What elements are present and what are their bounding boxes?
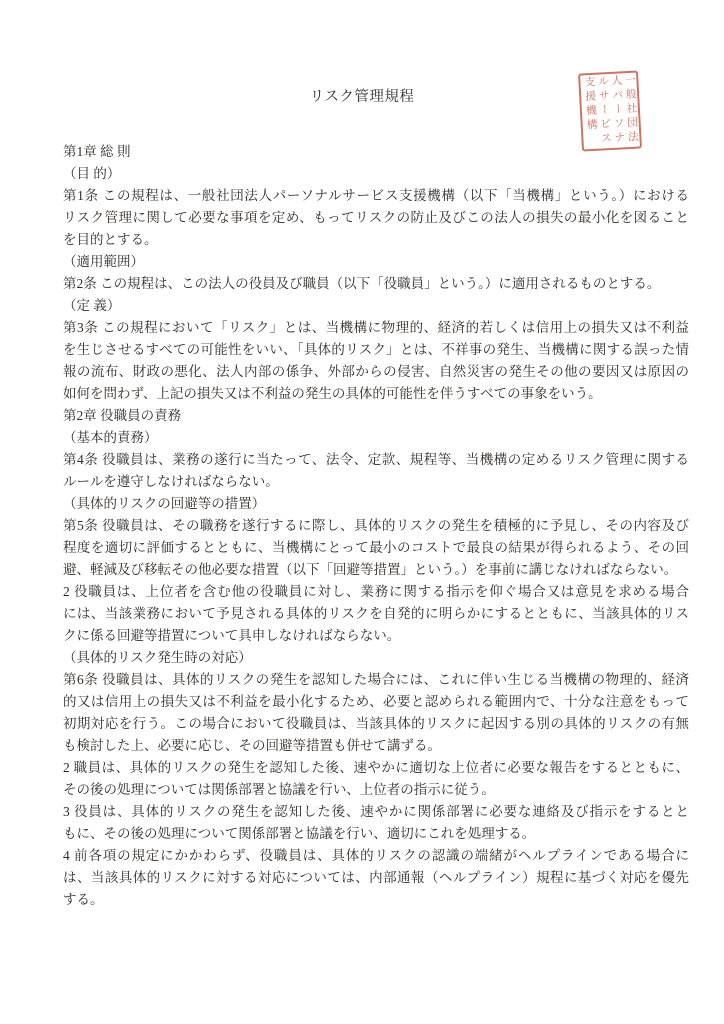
paragraph-line: 報の流布、財政の悪化、法人内部の係争、外部からの侵害、自然災害の発生その他の要因… [63,361,689,383]
paragraph-line: もに、その後の処理について関係部署と協議を行い、適切にこれを処理する。 [63,823,689,845]
paragraph-line: 避、軽減及び移転その他必要な措置（以下「回避等措置」という。）を事前に講じなけれ… [63,559,689,581]
paragraph-line: には、当該業務において予見される具体的リスクを自発的に明らかにするとともに、当該… [63,603,689,625]
paragraph-line: も検討した上、必要に応じ、その回避等措置も併せて講ずる。 [63,735,689,757]
paragraph-line: 如何を問わず、上記の損失又は不利益の発生の具体的可能性を伴うすべての事象をいう。 [63,383,689,405]
document-page: リスク管理規程 一般社団法人パーソナルサービス支援機構 第1章 総 則（目 的）… [0,0,724,1024]
paragraph-line: 第1条 この規程は、一般社団法人パーソナルサービス支援機構（以下「当機構」という… [63,185,689,207]
paragraph-line: 3 役員は、具体的リスクの発生を認知した後、速やかに関係部署に必要な連絡及び指示… [63,801,689,823]
paragraph-line: 初期対応を行う。この場合において役職員は、当該具体的リスクに起因する別の具体的リ… [63,713,689,735]
paragraph-line: 程度を適切に評価するとともに、当機構にとって最小のコストで最良の結果が得られるよ… [63,537,689,559]
paragraph-line: 第4条 役職員は、業務の遂行に当たって、法令、定款、規程等、当機構の定めるリスク… [63,449,689,471]
article-heading: （適用範囲） [63,251,689,273]
chapter-heading: 第2章 役職員の責務 [63,405,689,427]
paragraph-line: リスク管理に関して必要な事項を定め、もってリスクの防止及びこの法人の損失の最小化… [63,207,689,229]
paragraph-line: を生じさせるすべての可能性をいい、「具体的リスク」とは、不祥事の発生、当機構に関… [63,339,689,361]
company-seal: 一般社団法人パーソナルサービス支援機構 [578,70,642,151]
paragraph-line: クに係る回避等措置について具申しなければならない。 [63,625,689,647]
paragraph-line: ルールを遵守しなければならない。 [63,471,689,493]
paragraph-line: する。 [63,889,689,911]
paragraph-line: 2 役職員は、上位者を含む他の役職員に対し、業務に関する指示を仰ぐ場合又は意見を… [63,581,689,603]
paragraph-line: 第5条 役職員は、その職務を遂行するに際し、具体的リスクの発生を積極的に予見し、… [63,515,689,537]
paragraph-line: 第2条 この規程は、この法人の役員及び職員（以下「役職員」という。）に適用される… [63,273,689,295]
document-body: 第1章 総 則（目 的）第1条 この規程は、一般社団法人パーソナルサービス支援機… [63,141,689,911]
paragraph-line: 2 職員は、具体的リスクの発生を認知した後、速やかに適切な上位者に必要な報告をす… [63,757,689,779]
article-heading: （具体的リスク発生時の対応） [63,647,689,669]
company-seal-text: 一般社団法人パーソナルサービス支援機構 [581,74,639,149]
chapter-heading: 第1章 総 則 [63,141,689,163]
paragraph-line: その後の処理については関係部署と協議を行い、上位者の指示に従う。 [63,779,689,801]
article-heading: （具体的リスクの回避等の措置） [63,493,689,515]
article-heading: （定 義） [63,295,689,317]
paragraph-line: は、当該具体的リスクに対する対応については、内部通報（ヘルプライン）規程に基づく… [63,867,689,889]
paragraph-line: 第3条 この規程において「リスク」とは、当機構に物理的、経済的若しくは信用上の損… [63,317,689,339]
article-heading: （基本的責務） [63,427,689,449]
paragraph-line: 第6条 役職員は、具体的リスクの発生を認知した場合には、これに伴い生じる当機構の… [63,669,689,691]
paragraph-line: 的又は信用上の損失又は不利益を最小化するため、必要と認められる範囲内で、十分な注… [63,691,689,713]
paragraph-line: を目的とする。 [63,229,689,251]
article-heading: （目 的） [63,163,689,185]
paragraph-line: 4 前各項の規定にかかわらず、役職員は、具体的リスクの認識の端緒がヘルプラインで… [63,845,689,867]
